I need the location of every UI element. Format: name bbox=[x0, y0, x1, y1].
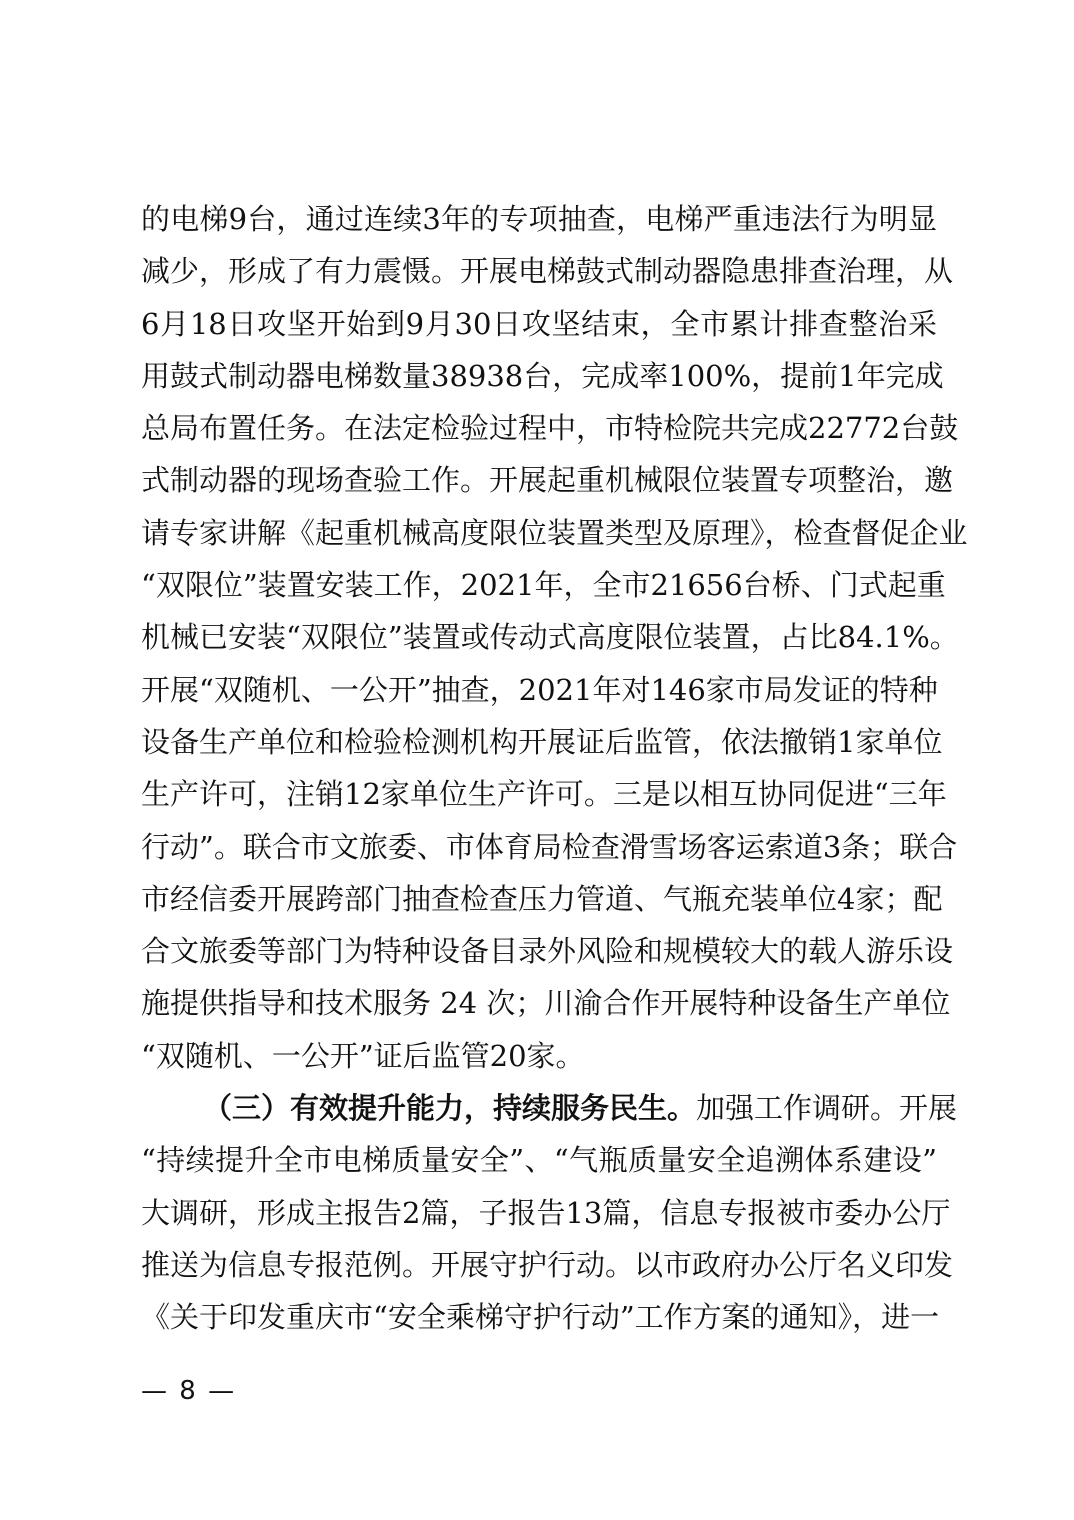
text-line: 行动”。联合市文旅委、市体育局检查滑雪场客运索道3条；联合 bbox=[141, 821, 937, 873]
body-text: 的电梯9台，通过连续3年的专项抽查，电梯严重违法行为明显 减少，形成了有力震慑。… bbox=[141, 193, 937, 1344]
text-line: 《关于印发重庆市“安全乘梯守护行动”工作方案的通知》，进一 bbox=[141, 1291, 937, 1343]
text-line: 6月18日攻坚开始到9月30日攻坚结束，全市累计排查整治采 bbox=[141, 298, 937, 350]
text-line: 的电梯9台，通过连续3年的专项抽查，电梯严重违法行为明显 bbox=[141, 193, 937, 245]
text-line: 市经信委开展跨部门抽查检查压力管道、气瓶充装单位4家；配 bbox=[141, 873, 937, 925]
text-line: 设备生产单位和检验检测机构开展证后监管，依法撤销1家单位 bbox=[141, 716, 937, 768]
text-line: 机械已安装“双限位”装置或传动式高度限位装置，占比84.1%。 bbox=[141, 611, 937, 663]
page-number: — 8 — bbox=[141, 1376, 236, 1406]
text-line: 推送为信息专报范例。开展守护行动。以市政府办公厅名义印发 bbox=[141, 1239, 937, 1291]
text-line: 请专家讲解《起重机械高度限位装置类型及原理》，检查督促企业 bbox=[141, 507, 937, 559]
document-page: 的电梯9台，通过连续3年的专项抽查，电梯严重违法行为明显 减少，形成了有力震慑。… bbox=[0, 0, 1074, 1520]
text-line: “持续提升全市电梯质量安全”、“气瓶质量安全追溯体系建设” bbox=[141, 1134, 937, 1186]
text-line: 生产许可，注销12家单位生产许可。三是以相互协同促进“三年 bbox=[141, 768, 937, 820]
text-line: 总局布置任务。在法定检验过程中，市特检院共完成22772台鼓 bbox=[141, 402, 937, 454]
text-line: 合文旅委等部门为特种设备目录外风险和规模较大的载人游乐设 bbox=[141, 925, 937, 977]
text-line: 用鼓式制动器电梯数量38938台，完成率100%，提前1年完成 bbox=[141, 350, 937, 402]
text-line: “双限位”装置安装工作，2021年，全市21656台桥、门式起重 bbox=[141, 559, 937, 611]
text-line: 大调研，形成主报告2篇，子报告13篇，信息专报被市委办公厅 bbox=[141, 1187, 937, 1239]
section-3-heading: （三）有效提升能力，持续服务民生。 bbox=[203, 1091, 696, 1125]
text-line: “双随机、一公开”证后监管20家。 bbox=[141, 1030, 937, 1082]
text-line: 施提供指导和技术服务 24 次；川渝合作开展特种设备生产单位 bbox=[141, 977, 937, 1029]
text-line: 式制动器的现场查验工作。开展起重机械限位装置专项整治，邀 bbox=[141, 454, 937, 506]
section-3-first-line: （三）有效提升能力，持续服务民生。加强工作调研。开展 bbox=[141, 1082, 937, 1134]
text-line: 开展“双随机、一公开”抽查，2021年对146家市局发证的特种 bbox=[141, 664, 937, 716]
section-3-text: 加强工作调研。开展 bbox=[696, 1091, 957, 1125]
text-line: 减少，形成了有力震慑。开展电梯鼓式制动器隐患排查治理，从 bbox=[141, 245, 937, 297]
